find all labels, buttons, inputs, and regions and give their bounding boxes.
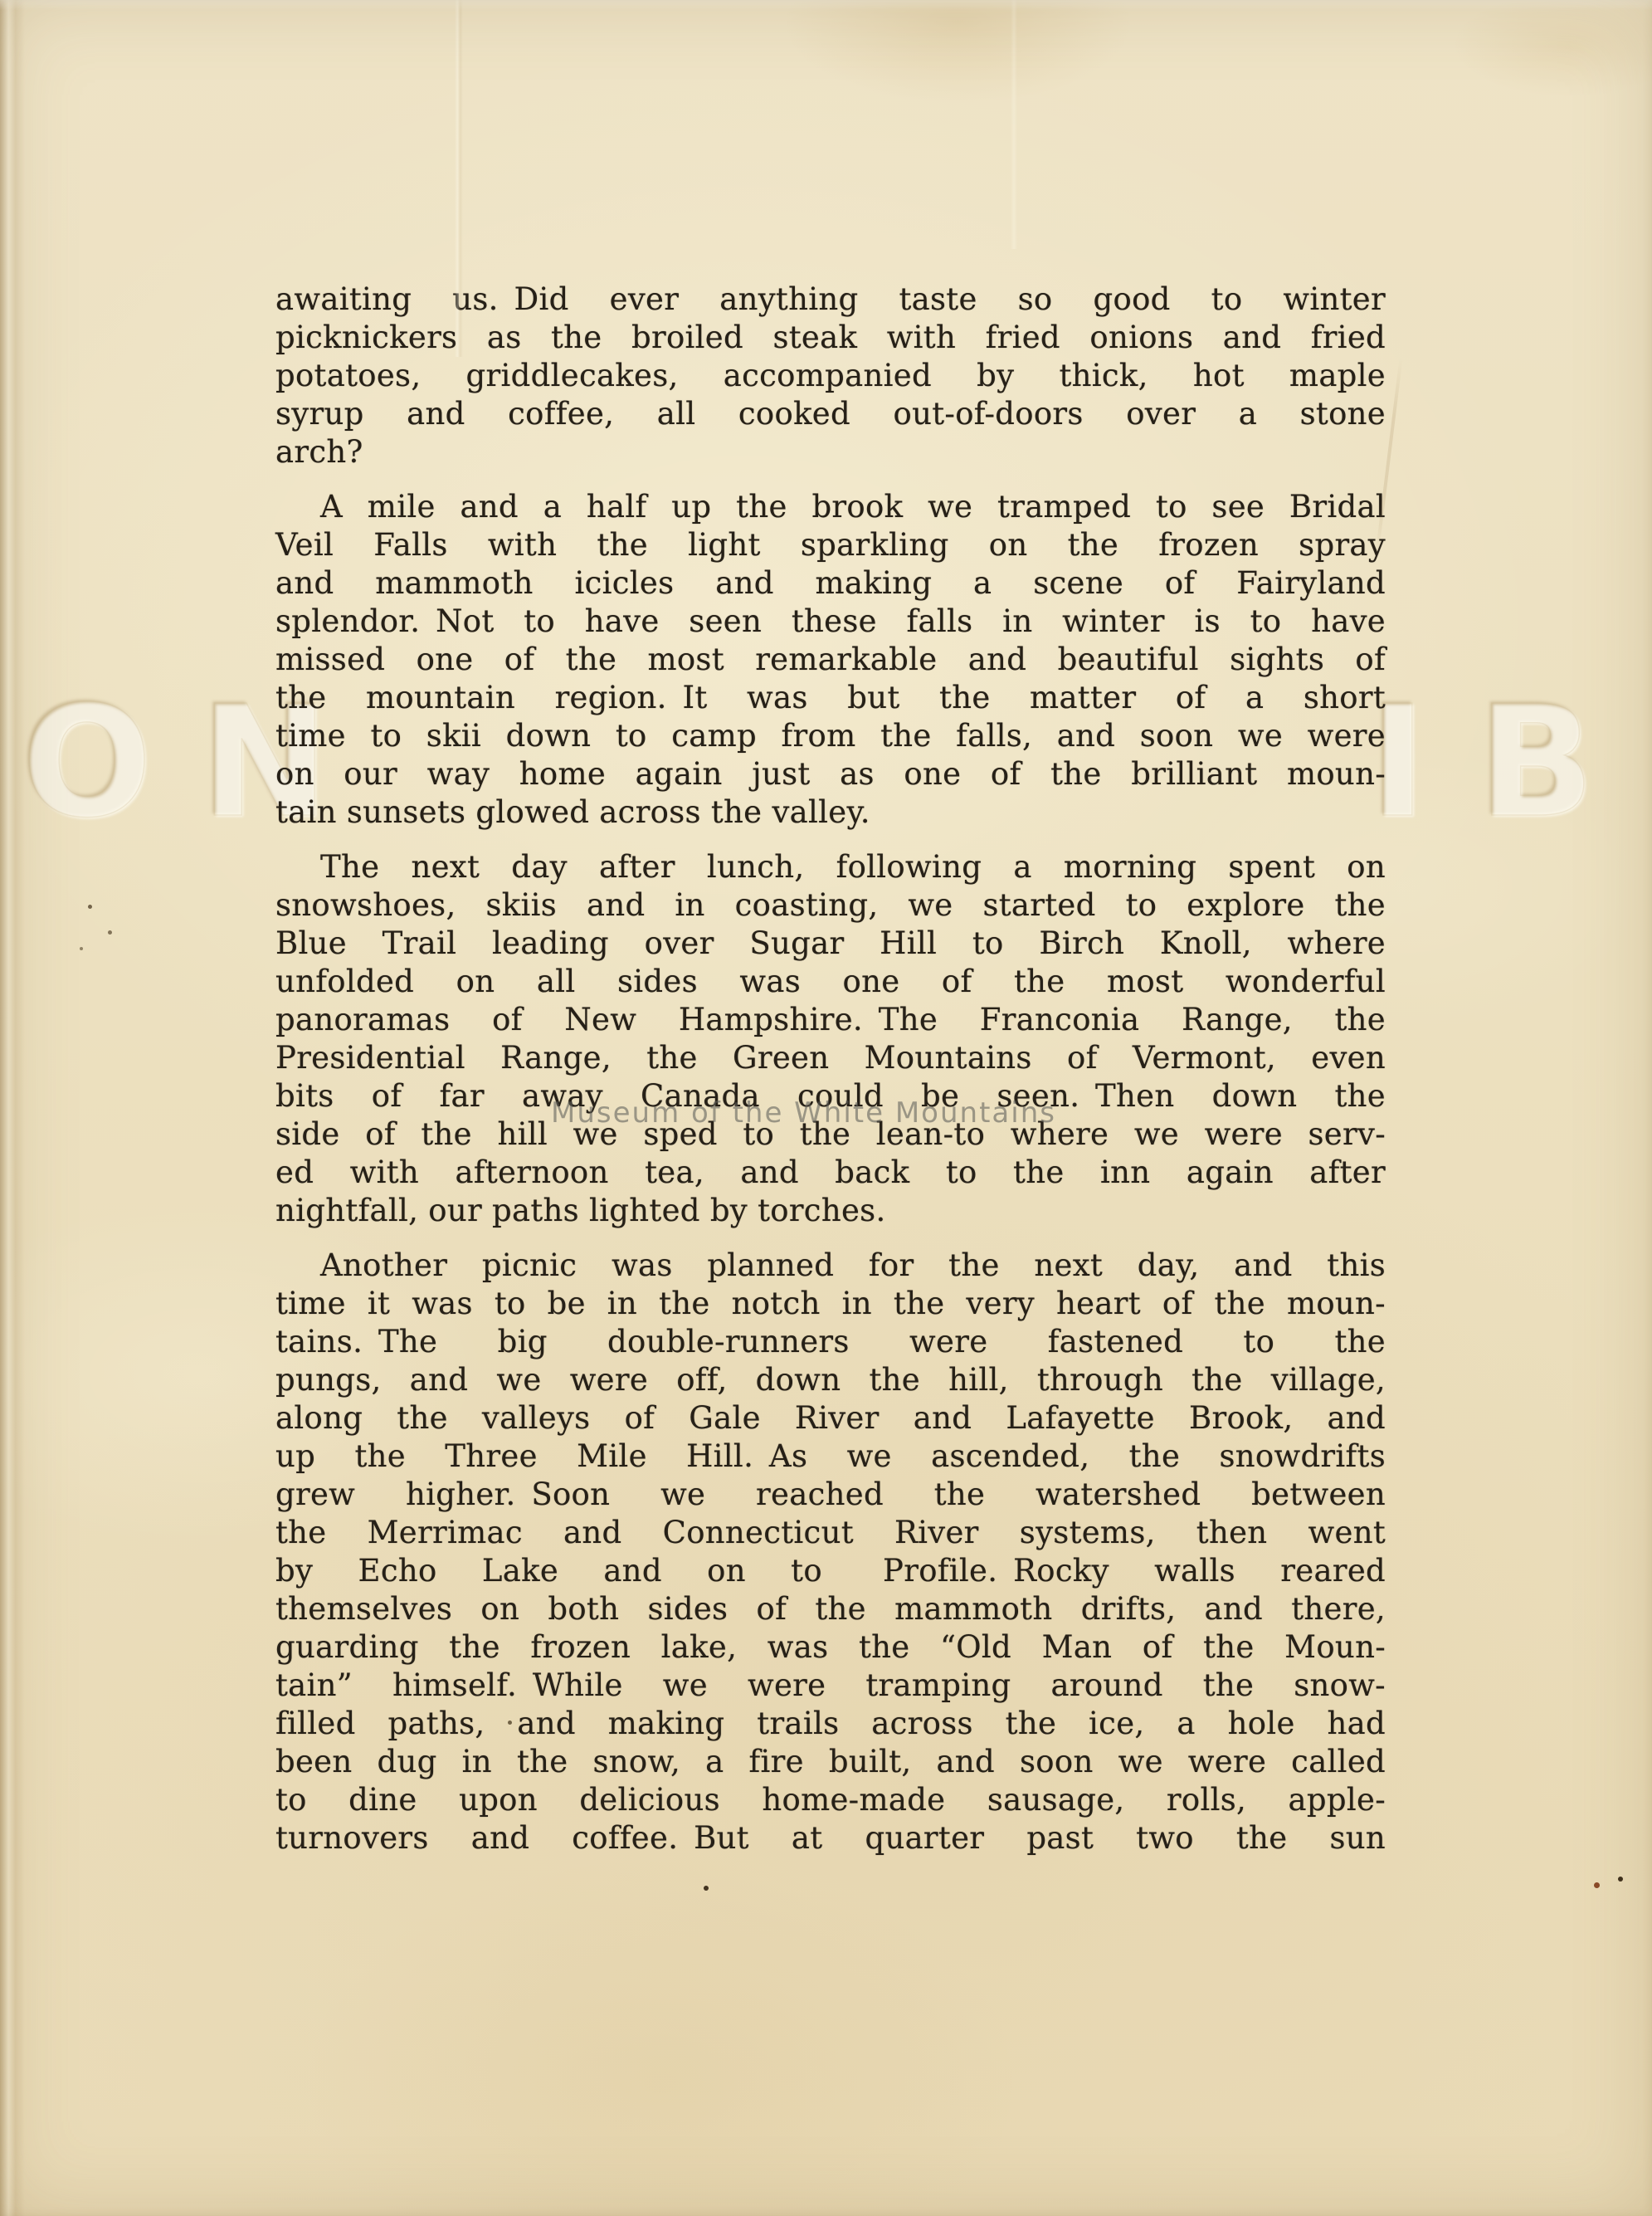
- text-line: nightfall, our paths lighted by torches.: [275, 1192, 1386, 1230]
- text-line: up the Three Mile Hill. As we ascended, …: [275, 1437, 1386, 1476]
- text-line: tain” himself. While we were tramping ar…: [275, 1667, 1386, 1705]
- paper-speck: [80, 947, 83, 950]
- text-line: potatoes, griddlecakes, accompanied by t…: [275, 357, 1386, 395]
- scanned-page: ON IBI awaiting us. Did ever anything ta…: [0, 0, 1652, 2216]
- text-line: and mammoth icicles and making a scene o…: [275, 564, 1386, 603]
- text-line: along the valleys of Gale River and Lafa…: [275, 1399, 1386, 1437]
- text-line: tains. The big double-runners were faste…: [275, 1323, 1386, 1361]
- text-line: on our way home again just as one of the…: [275, 755, 1386, 793]
- text-line: missed one of the most remarkable and be…: [275, 641, 1386, 679]
- text-line: The next day after lunch, following a mo…: [275, 848, 1386, 886]
- text-line: pungs, and we were off, down the hill, t…: [275, 1361, 1386, 1399]
- text-line: the Merrimac and Connecticut River syste…: [275, 1514, 1386, 1552]
- embossed-stamp-right: IBI: [1369, 672, 1652, 852]
- watermark: Museum of the White Mountains: [551, 1096, 1056, 1130]
- paper-left-edge-crease: [0, 0, 25, 2216]
- paragraph: A mile and a half up the brook we trampe…: [275, 488, 1386, 832]
- text-line: been dug in the snow, a fire built, and …: [275, 1743, 1386, 1781]
- paper-top-edge: [0, 0, 1652, 10]
- paragraph: Another picnic was planned for the next …: [275, 1247, 1386, 1857]
- text-line: panoramas of New Hampshire. The Franconi…: [275, 1001, 1386, 1039]
- text-line: Veil Falls with the light sparkling on t…: [275, 526, 1386, 564]
- paragraph: awaiting us. Did ever anything taste so …: [275, 281, 1386, 471]
- text-line: tain sunsets glowed across the valley.: [275, 793, 1386, 832]
- text-line: arch?: [275, 433, 1386, 471]
- text-line: syrup and coffee, all cooked out-of-door…: [275, 395, 1386, 433]
- text-line: turnovers and coffee. But at quarter pas…: [275, 1819, 1386, 1857]
- page-text-column: awaiting us. Did ever anything taste so …: [275, 281, 1386, 1857]
- paper-speck: [704, 1886, 709, 1891]
- text-line: by Echo Lake and on to Profile. Rocky wa…: [275, 1552, 1386, 1590]
- text-line: themselves on both sides of the mammoth …: [275, 1590, 1386, 1628]
- text-line: Blue Trail leading over Sugar Hill to Bi…: [275, 925, 1386, 963]
- text-line: Presidential Range, the Green Mountains …: [275, 1039, 1386, 1077]
- text-line: grew higher. Soon we reached the watersh…: [275, 1476, 1386, 1514]
- paper-speck: [1618, 1877, 1623, 1882]
- text-line: Another picnic was planned for the next …: [275, 1247, 1386, 1285]
- text-line: picknickers as the broiled steak with fr…: [275, 319, 1386, 357]
- text-line: time to skii down to camp from the falls…: [275, 717, 1386, 755]
- text-line: ed with afternoon tea, and back to the i…: [275, 1154, 1386, 1192]
- text-line: A mile and a half up the brook we trampe…: [275, 488, 1386, 526]
- text-line: guarding the frozen lake, was the “Old M…: [275, 1628, 1386, 1667]
- text-line: splendor. Not to have seen these falls i…: [275, 603, 1386, 641]
- paper-speck: [1594, 1882, 1600, 1888]
- text-line: time it was to be in the notch in the ve…: [275, 1285, 1386, 1323]
- paper-crease: [1011, 0, 1017, 249]
- paper-speck: [88, 905, 92, 909]
- text-line: the mountain region. It was but the matt…: [275, 679, 1386, 717]
- text-line: awaiting us. Did ever anything taste so …: [275, 281, 1386, 319]
- paragraph: The next day after lunch, following a mo…: [275, 848, 1386, 1230]
- paper-speck: [108, 930, 112, 935]
- text-line: filled paths, and making trails across t…: [275, 1705, 1386, 1743]
- text-line: snowshoes, skiis and in coasting, we sta…: [275, 886, 1386, 925]
- text-line: unfolded on all sides was one of the mos…: [275, 963, 1386, 1001]
- text-line: to dine upon delicious home-made sausage…: [275, 1781, 1386, 1819]
